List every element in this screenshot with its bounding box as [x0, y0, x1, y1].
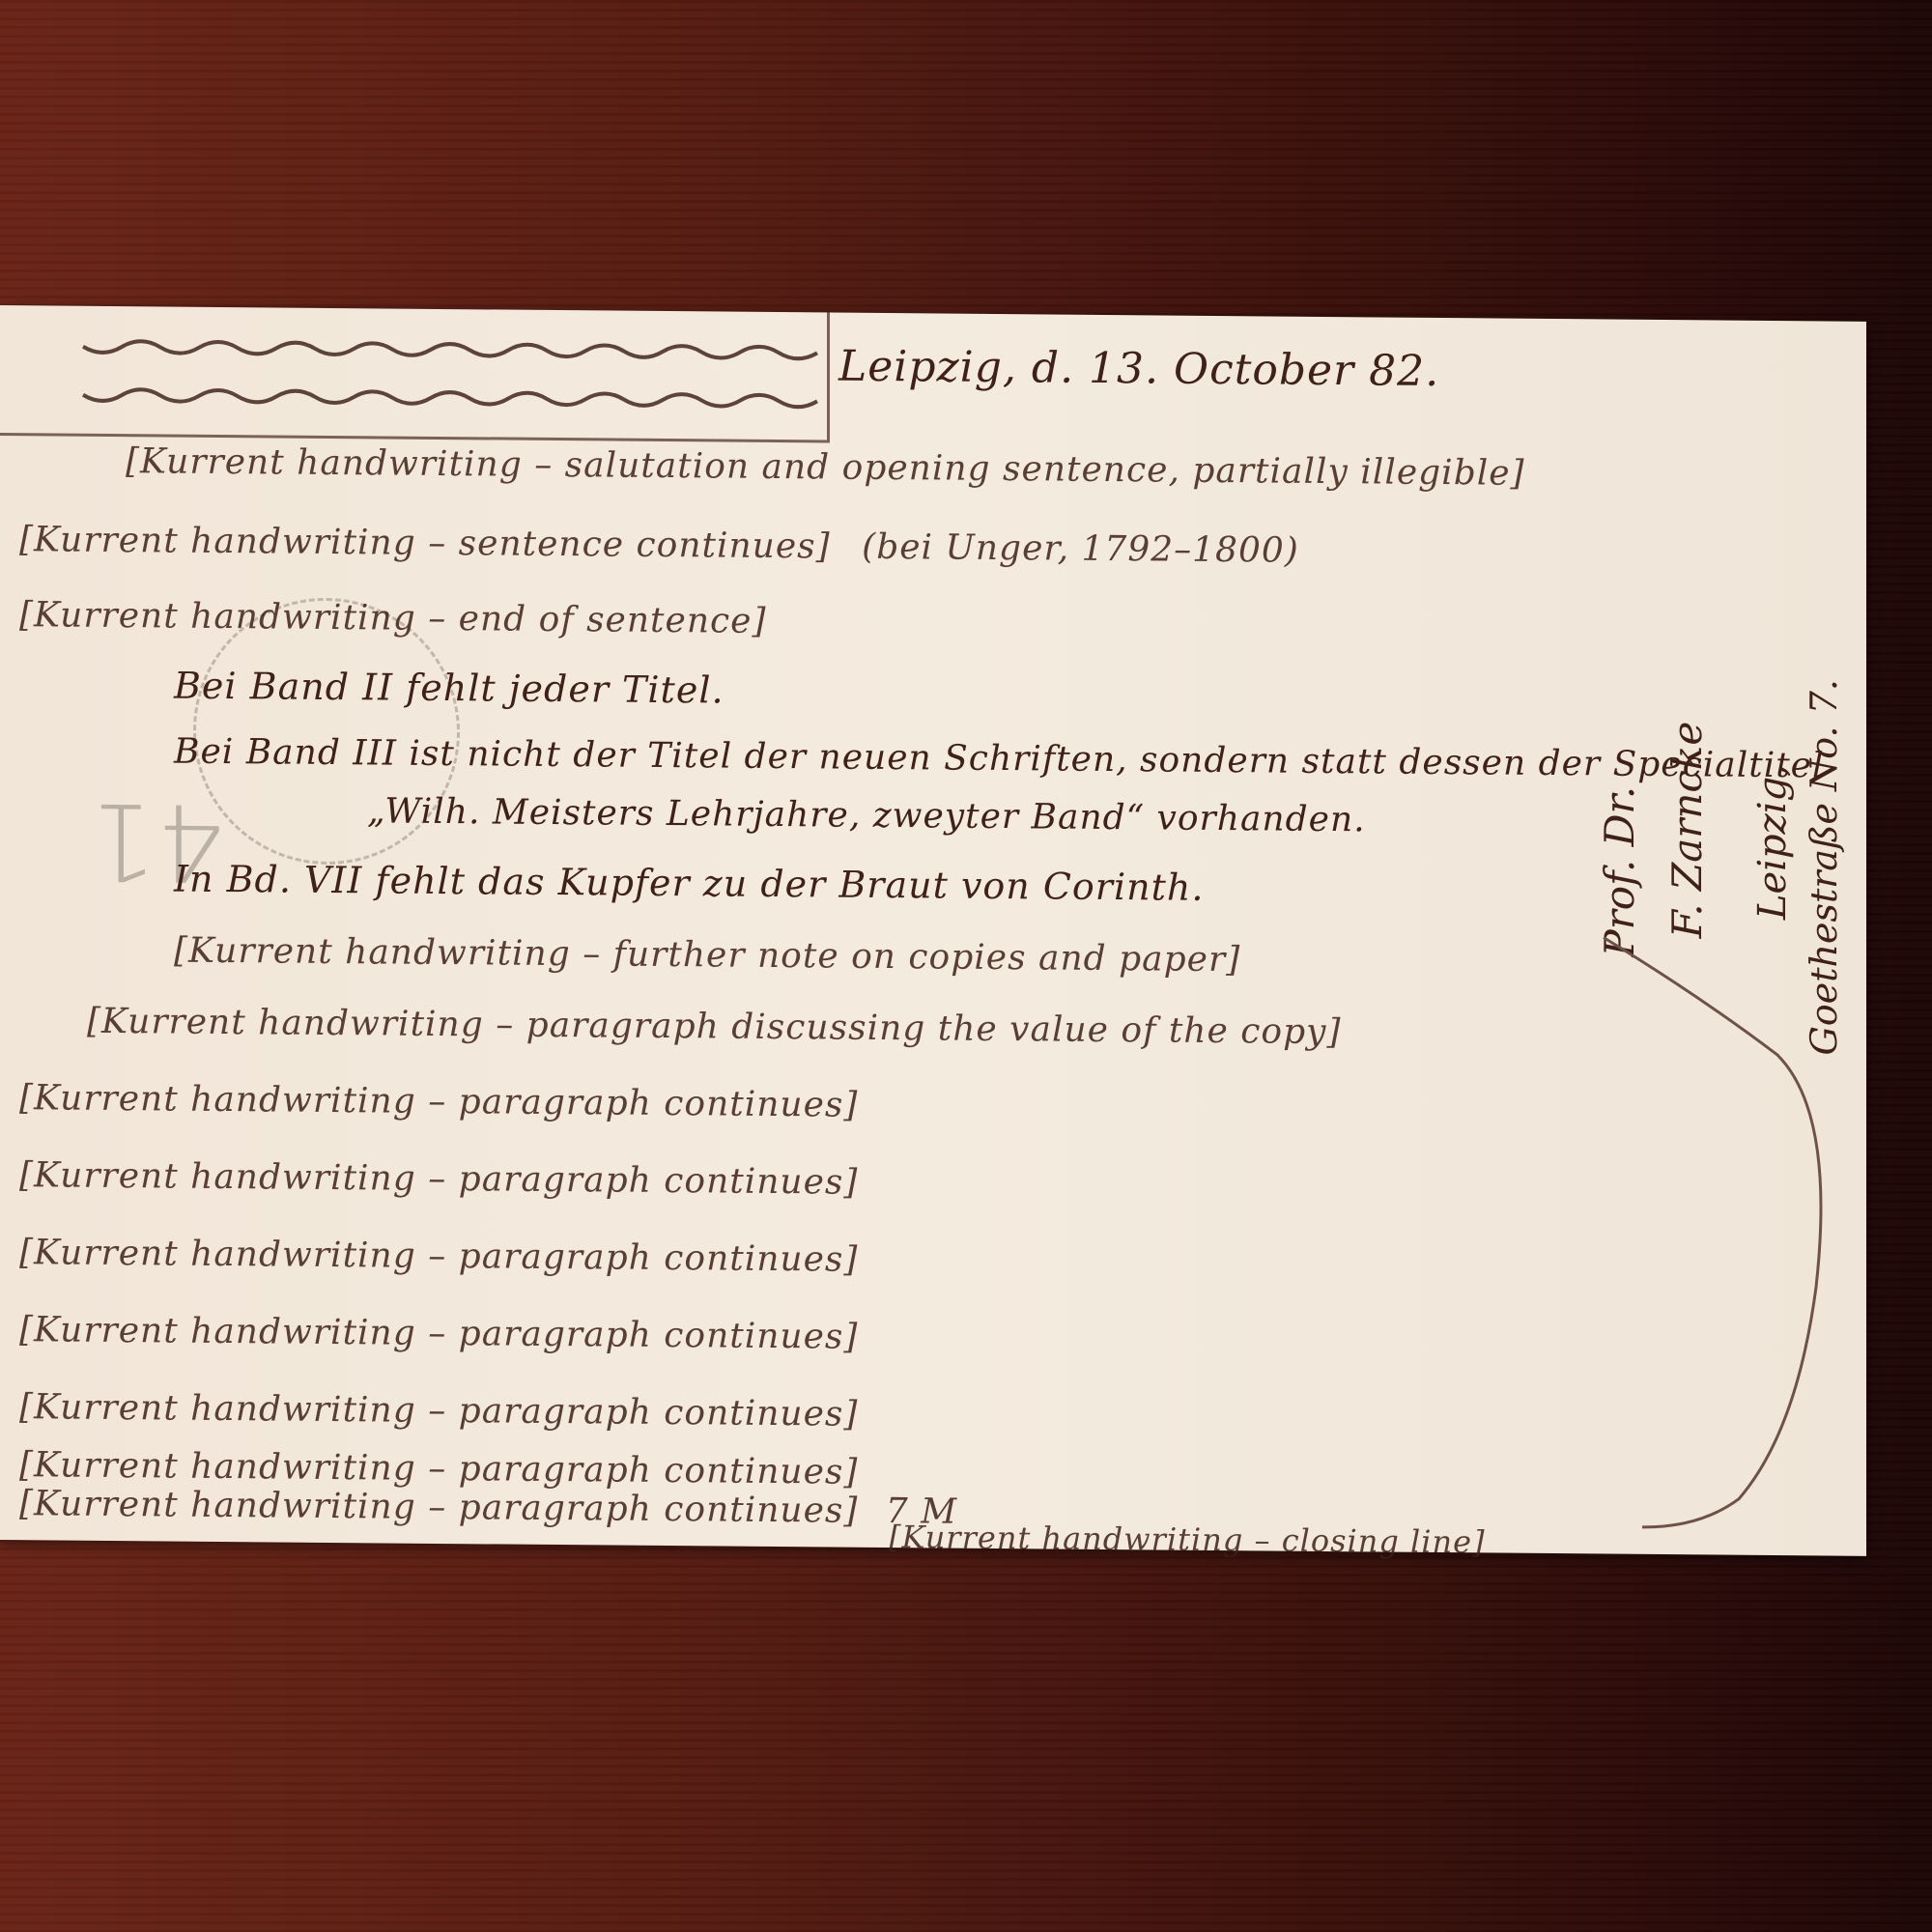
body-line-3: [Kurrent handwriting – end of sentence] [19, 595, 767, 641]
inverted-boxed-note [0, 305, 830, 442]
place-name: Leipzig, [838, 342, 1017, 393]
address-line-1: Prof. Dr. [1596, 786, 1643, 957]
body-line-2: [Kurrent handwriting – sentence continue… [19, 520, 1299, 571]
address-line-2: F. Zarncke [1663, 722, 1711, 939]
body-para-6: [Kurrent handwriting – paragraph continu… [19, 1387, 858, 1435]
date-text: d. 13. October 82. [1032, 343, 1439, 396]
inverted-note-scribble [0, 305, 827, 440]
postcard: 41 Leipzig, d. 13. October 82. [Kurrent … [0, 305, 1866, 1556]
body-para-3: [Kurrent handwriting – paragraph continu… [19, 1155, 858, 1203]
body-item-band-7: In Bd. VII fehlt das Kupfer zu der Braut… [174, 858, 1204, 909]
body-para-8: [Kurrent handwriting – paragraph continu… [19, 1484, 957, 1531]
body-item-band-3-quote: „Wilh. Meisters Lehrjahre, zweyter Band“… [367, 791, 1366, 839]
body-item-band-2: Bei Band II fehlt jeder Titel. [174, 665, 724, 712]
body-item-4: [Kurrent handwriting – further note on c… [174, 931, 1240, 980]
body-para-2: [Kurrent handwriting – paragraph continu… [19, 1078, 858, 1125]
body-closing: [Kurrent handwriting – closing line] [889, 1519, 1486, 1560]
inverted-note-text [0, 305, 827, 440]
address-line-3: Leipzig, [1750, 764, 1795, 920]
margin-bracket-line [0, 305, 1866, 1556]
address-line-4: Goethestraße No. 7. [1803, 679, 1845, 1056]
body-para-5: [Kurrent handwriting – paragraph continu… [19, 1310, 858, 1357]
body-para-1: [Kurrent handwriting – paragraph discuss… [87, 1002, 1342, 1052]
body-para-4: [Kurrent handwriting – paragraph continu… [19, 1233, 858, 1280]
body-line-greeting: [Kurrent handwriting – salutation and op… [126, 441, 1525, 494]
date-line: Leipzig, d. 13. October 82. [838, 342, 1439, 396]
